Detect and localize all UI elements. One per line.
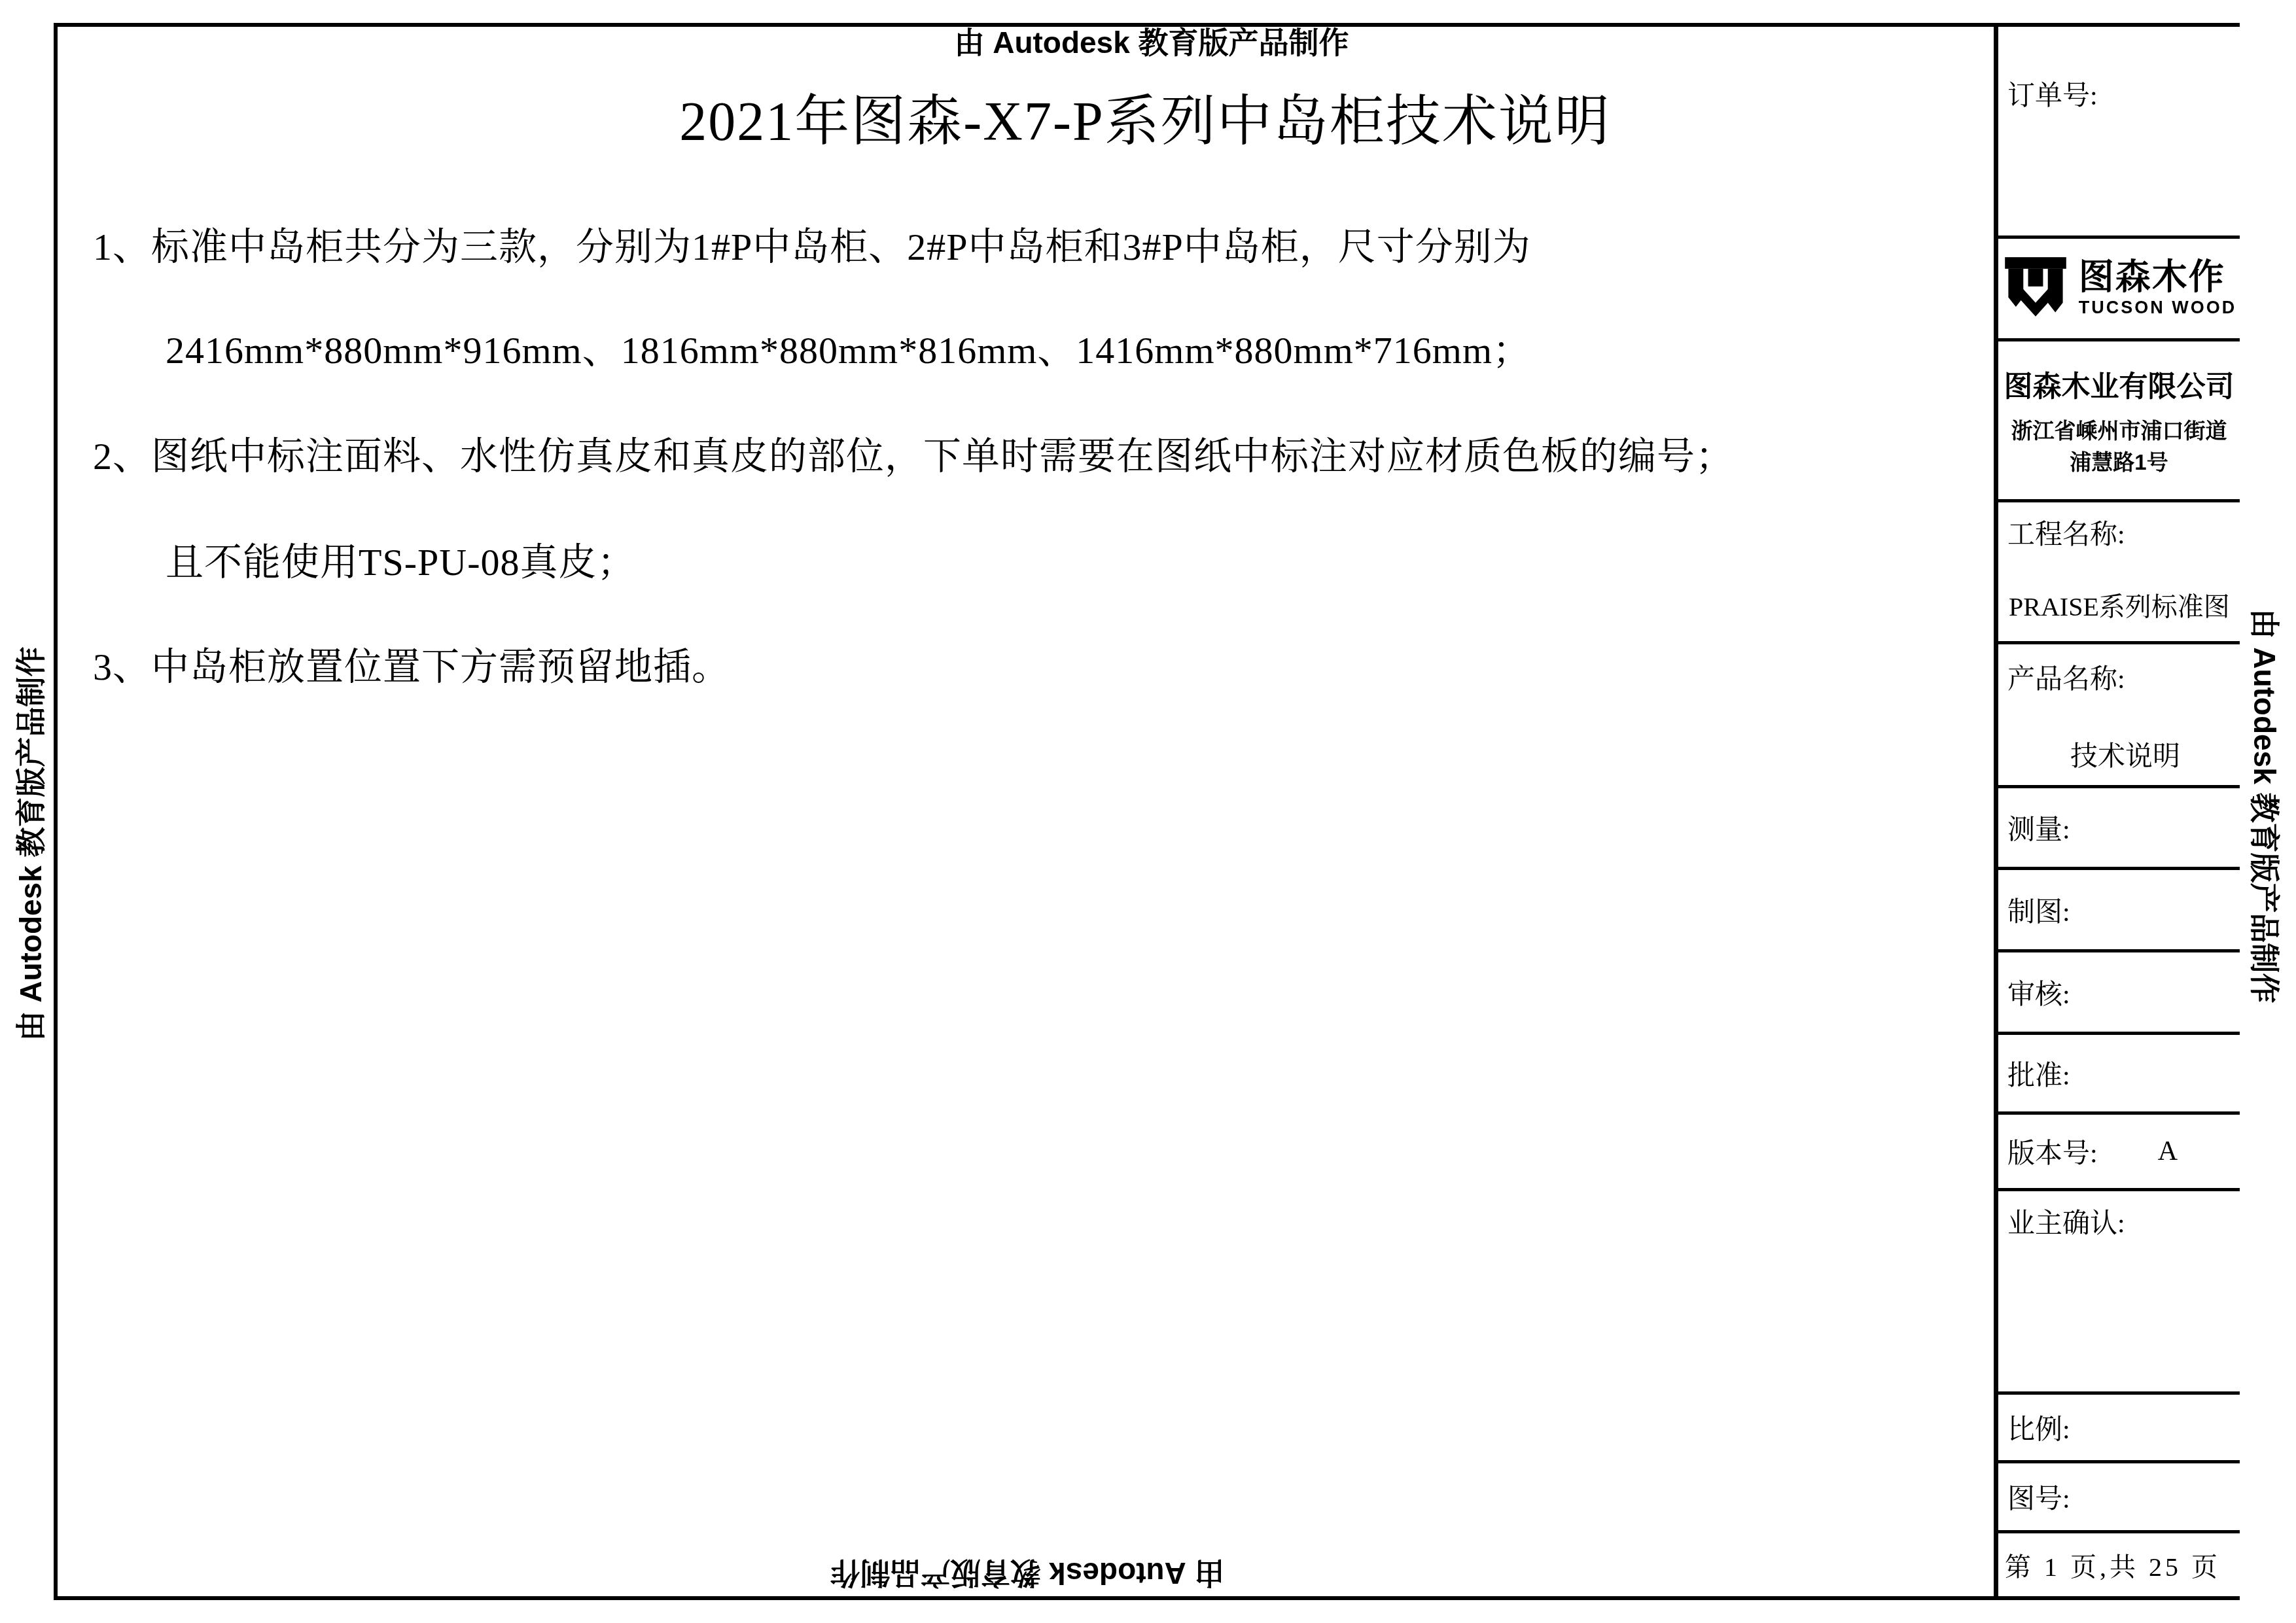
page-number-text: 第 1 页,共 25 页 [2005,1546,2221,1584]
logo-subtitle: TUCSON WOOD [2079,298,2237,318]
scale-label: 比例: [2007,1408,2070,1447]
company-address-line2: 浦慧路1号 [2070,447,2168,478]
product-name-label: 产品名称: [2007,657,2240,697]
drawing-title: 2021年图森-X7-P系列中岛柜技术说明 [679,77,1610,156]
company-cell: 图森木业有限公司 浙江省嵊州市浦口街道 浦慧路1号 [1998,341,2240,502]
draft-label: 制图: [2007,890,2070,930]
autodesk-watermark-bottom: 由 Autodesk 教育版产品制作 [830,1554,1224,1597]
note-line-1: 1、标准中岛柜共分为三款，分别为1#P中岛柜、2#P中岛柜和3#P中岛柜，尺寸分… [93,216,1531,271]
logo-cell: 图森木作 TUCSON WOOD [1998,239,2240,341]
logo-text: 图森木作 TUCSON WOOD [2079,259,2237,318]
version-label: 版本号: [2007,1132,2098,1171]
product-name-value: 技术说明 [2007,735,2240,774]
drawing-no-cell: 图号: [1998,1463,2240,1533]
note-line-5: 3、中岛柜放置位置下方需预留地插。 [93,636,730,691]
autodesk-watermark-left: 由 Autodesk 教育版产品制作 [7,646,50,1041]
autodesk-watermark-top: 由 Autodesk 教育版产品制作 [954,19,1349,62]
tucson-logo-icon [2002,254,2070,323]
title-block: 订单号: 图森木作 TUCSON WOOD 图森木业有限公司 浙江省嵊州市浦口街… [1994,27,2240,1596]
note-line-4: 且不能使用TS-PU-08真皮； [166,531,635,586]
version-cell: 版本号: A [1998,1115,2240,1191]
measure-label: 测量: [2007,808,2070,847]
logo-name: 图森木作 [2079,259,2225,296]
owner-confirm-cell: 业主确认: [1998,1191,2240,1395]
scale-cell: 比例: [1998,1395,2240,1463]
cad-sheet: 由 Autodesk 教育版产品制作 由 Autodesk 教育版产品制作 由 … [0,0,2296,1623]
project-name-label: 工程名称: [2007,513,2240,552]
company-address-line1: 浙江省嵊州市浦口街道 [2011,415,2227,447]
review-label: 审核: [2007,973,2070,1012]
drawing-no-label: 图号: [2007,1477,2070,1516]
version-value: A [2158,1136,2178,1167]
owner-confirm-label: 业主确认: [2007,1209,2125,1239]
product-name-cell: 产品名称: 技术说明 [1998,644,2240,788]
project-name-cell: 工程名称: PRAISE系列标准图 [1998,502,2240,644]
note-line-3: 2、图纸中标注面料、水性仿真皮和真皮的部位，下单时需要在图纸中标注对应材质色板的… [93,425,1734,480]
company-name: 图森木业有限公司 [2004,363,2234,405]
approve-cell: 批准: [1998,1035,2240,1115]
page-number-cell: 第 1 页,共 25 页 [1998,1533,2240,1596]
autodesk-watermark-right: 由 Autodesk 教育版产品制作 [2245,608,2288,1003]
note-line-2: 2416mm*880mm*916mm、1816mm*880mm*816mm、14… [166,319,1531,374]
project-name-value: PRAISE系列标准图 [2007,586,2240,623]
measure-cell: 测量: [1998,788,2240,870]
review-cell: 审核: [1998,952,2240,1035]
draft-cell: 制图: [1998,870,2240,952]
order-no-cell: 订单号: [1998,27,2240,239]
approve-label: 批准: [2007,1054,2070,1093]
order-no-label: 订单号: [2007,81,2098,111]
